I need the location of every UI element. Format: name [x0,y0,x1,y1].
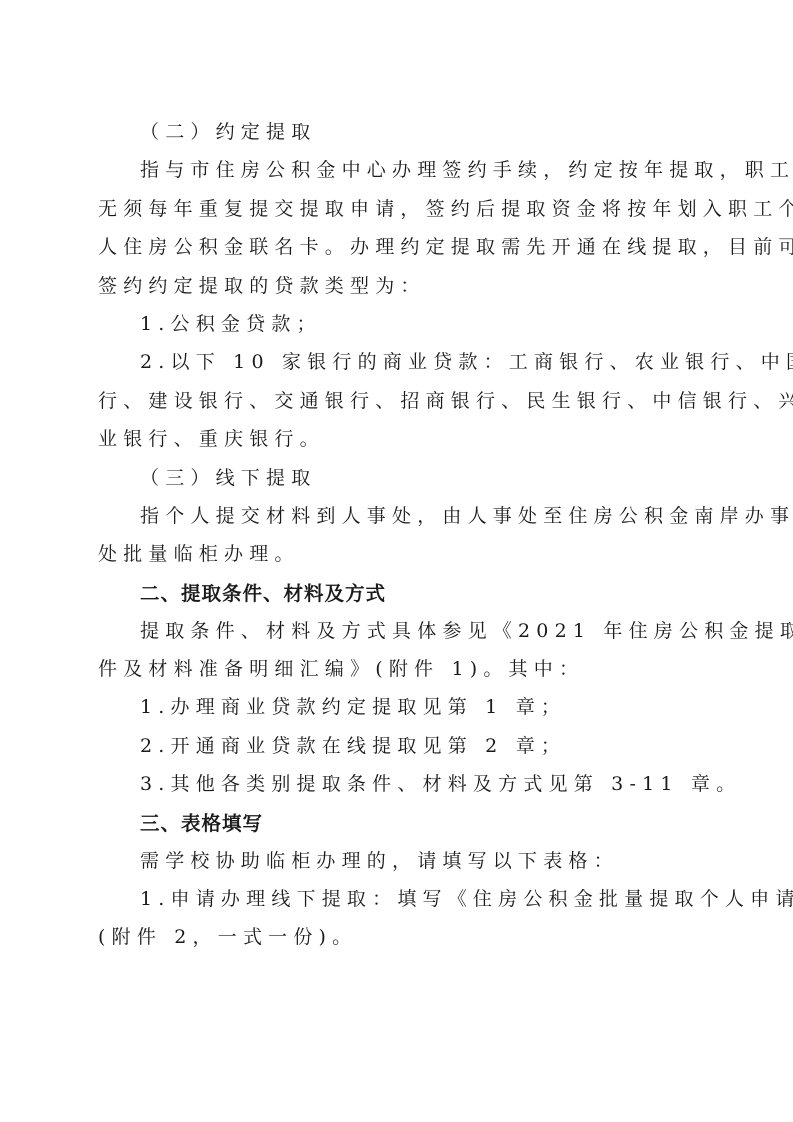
subheading-agreed-withdrawal: （二）约定提取 [98,113,702,151]
text-line: (附件 2，一式一份)。 [98,918,702,956]
list-item-provident-loan: 1.公积金贷款； [98,305,702,343]
text-line: 行、建设银行、交通银行、招商银行、民生银行、中信银行、兴 [98,382,702,420]
text-line: 指与市住房公积金中心办理签约手续，约定按年提取，职工 [98,151,702,189]
text-line: 人住房公积金联名卡。办理约定提取需先开通在线提取，目前可 [98,228,702,266]
text-line: 业银行、重庆银行。 [98,420,702,458]
text-line: 签约约定提取的贷款类型为： [98,267,702,305]
text-line: 提取条件、材料及方式具体参见《2021 年住房公积金提取条 [98,612,702,650]
section-heading-conditions: 二、提取条件、材料及方式 [98,576,702,612]
list-item-commercial-loans: 2.以下 10 家银行的商业贷款：工商银行、农业银行、中国银 行、建设银行、交通… [98,343,702,458]
list-item-offline-form: 1.申请办理线下提取：填写《住房公积金批量提取个人申请表》 (附件 2，一式一份… [98,880,702,957]
text-line: 1.申请办理线下提取：填写《住房公积金批量提取个人申请表》 [98,880,702,918]
document-page: （二）约定提取 指与市住房公积金中心办理签约手续，约定按年提取，职工 无须每年重… [98,113,702,957]
paragraph-forms-intro: 需学校协助临柜办理的，请填写以下表格： [98,842,702,880]
paragraph-conditions-desc: 提取条件、材料及方式具体参见《2021 年住房公积金提取条 件及材料准备明细汇编… [98,612,702,689]
text-line: 2.以下 10 家银行的商业贷款：工商银行、农业银行、中国银 [98,343,702,381]
subheading-offline-withdrawal: （三）线下提取 [98,459,702,497]
list-item-chapter-3-11: 3.其他各类别提取条件、材料及方式见第 3-11 章。 [98,765,702,803]
list-item-chapter-2: 2.开通商业贷款在线提取见第 2 章； [98,727,702,765]
paragraph-agreed-withdrawal-desc: 指与市住房公积金中心办理签约手续，约定按年提取，职工 无须每年重复提交提取申请，… [98,151,702,305]
text-line: 处批量临柜办理。 [98,535,702,573]
text-line: 件及材料准备明细汇编》(附件 1)。其中： [98,650,702,688]
paragraph-offline-withdrawal-desc: 指个人提交材料到人事处，由人事处至住房公积金南岸办事 处批量临柜办理。 [98,497,702,574]
section-heading-forms: 三、表格填写 [98,806,702,842]
text-line: 指个人提交材料到人事处，由人事处至住房公积金南岸办事 [98,497,702,535]
list-item-chapter-1: 1.办理商业贷款约定提取见第 1 章； [98,688,702,726]
text-line: 无须每年重复提交提取申请，签约后提取资金将按年划入职工个 [98,190,702,228]
